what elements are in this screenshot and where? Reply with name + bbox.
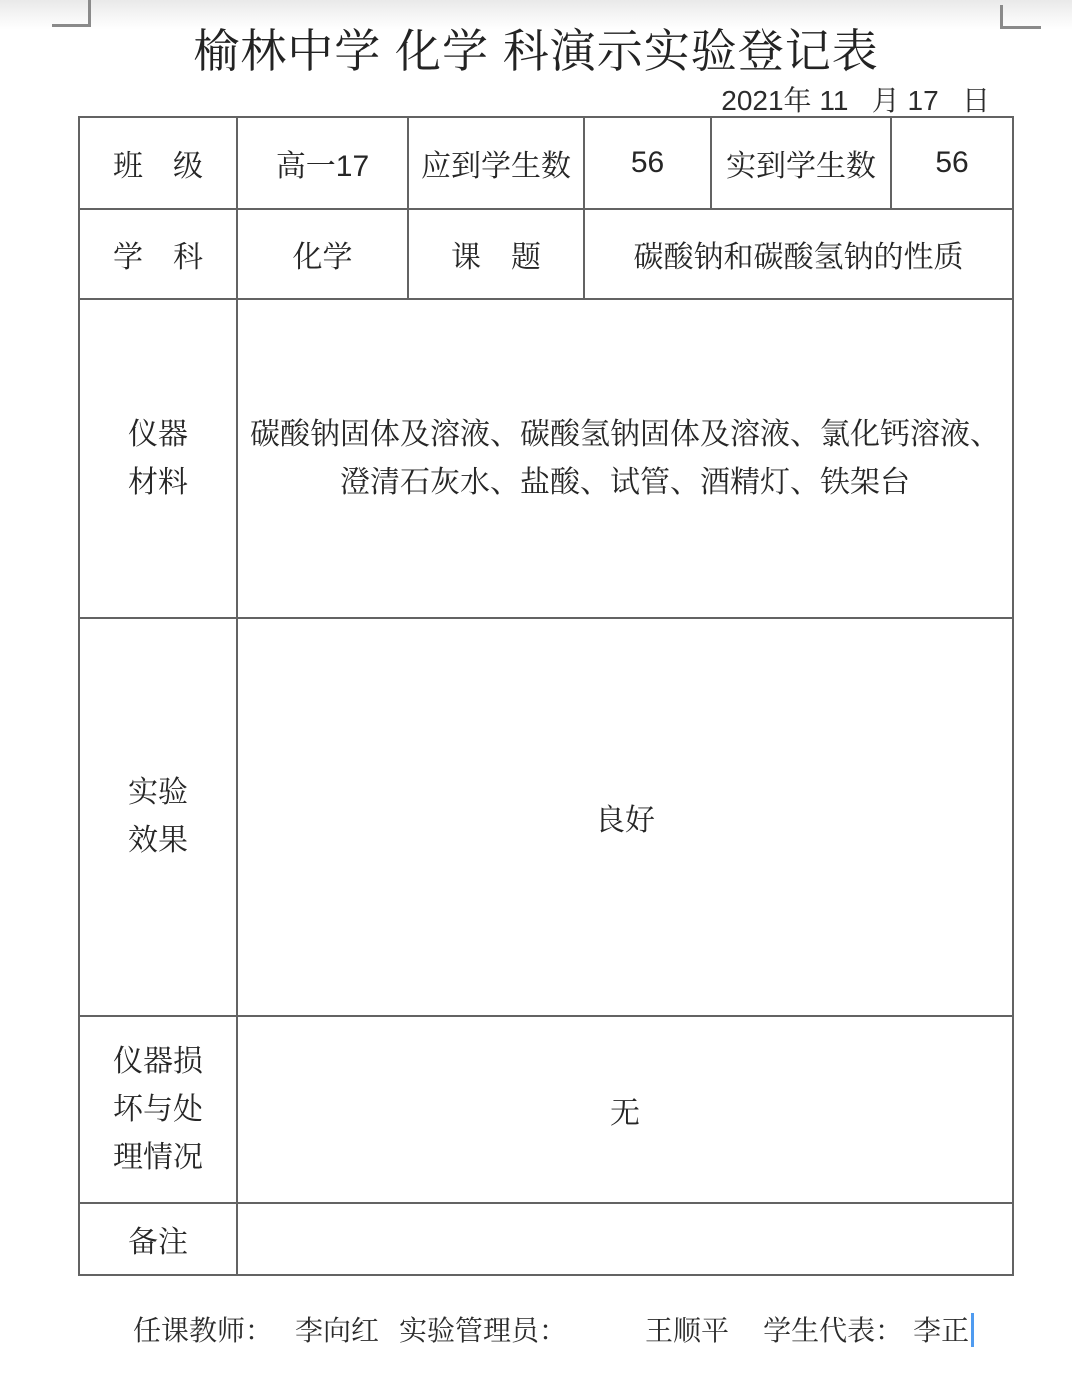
expected-students-label-cell: 应到学生数 [408,117,584,209]
table-row-subject: 学 科 化学 课 题 碳酸钠和碳酸氢钠的性质 [79,209,1013,299]
topic-value-cell[interactable]: 碳酸钠和碳酸氢钠的性质 [584,209,1013,299]
effect-label-line: 效果 [80,817,236,865]
remarks-value-cell[interactable] [237,1203,1013,1275]
table-row-damage: 仪器损 坏与处 理情况 无 [79,1016,1013,1203]
actual-students-value-cell[interactable]: 56 [891,117,1013,209]
materials-label-line: 材料 [80,459,236,507]
manager-name[interactable]: 王顺平 [645,1312,729,1350]
materials-value-cell[interactable]: 碳酸钠固体及溶液、碳酸氢钠固体及溶液、氯化钙溶液、澄清石灰水、盐酸、试管、酒精灯… [237,299,1013,618]
effect-label-line: 实验 [80,769,236,817]
topic-label-cell: 课 题 [408,209,584,299]
teacher-name[interactable]: 李向红 [295,1312,379,1350]
form-date[interactable]: 2021年 11 月 17 日 [721,84,990,118]
damage-label-line: 坏与处 [80,1086,236,1134]
damage-label-cell: 仪器损 坏与处 理情况 [79,1016,237,1203]
expected-students-value-cell[interactable]: 56 [584,117,711,209]
table-row-remarks: 备注 [79,1203,1013,1275]
class-label-cell: 班 级 [79,117,237,209]
actual-students-label-cell: 实到学生数 [711,117,891,209]
subject-label-cell: 学 科 [79,209,237,299]
table-row-materials: 仪器 材料 碳酸钠固体及溶液、碳酸氢钠固体及溶液、氯化钙溶液、澄清石灰水、盐酸、… [79,299,1013,618]
teacher-label: 任课教师： [133,1312,273,1350]
manager-label: 实验管理员： [399,1312,567,1350]
remarks-label-cell: 备注 [79,1203,237,1275]
experiment-registration-table: 班 级 高一17 应到学生数 56 实到学生数 56 学 科 化学 课 题 碳酸… [78,116,1014,1276]
form-title: 榆林中学 化学 科演示实验登记表 [0,22,1072,80]
effect-value-cell[interactable]: 良好 [237,618,1013,1016]
effect-label-cell: 实验 效果 [79,618,237,1016]
damage-value-cell[interactable]: 无 [237,1016,1013,1203]
subject-value-cell[interactable]: 化学 [237,209,408,299]
document-page: 榆林中学 化学 科演示实验登记表 2021年 11 月 17 日 班 级 高一1… [0,0,1072,1376]
materials-label-line: 仪器 [80,411,236,459]
student-name[interactable]: 李正 [913,1312,969,1350]
damage-label-line: 理情况 [80,1134,236,1182]
signature-line: 任课教师：李向红实验管理员：王顺平学生代表：李正 [133,1312,974,1350]
damage-label-line: 仪器损 [80,1038,236,1086]
student-label: 学生代表： [763,1312,903,1350]
table-row-effect: 实验 效果 良好 [79,618,1013,1016]
table-row-class: 班 级 高一17 应到学生数 56 实到学生数 56 [79,117,1013,209]
materials-label-cell: 仪器 材料 [79,299,237,618]
class-value-cell[interactable]: 高一17 [237,117,408,209]
text-cursor-caret [971,1313,974,1347]
